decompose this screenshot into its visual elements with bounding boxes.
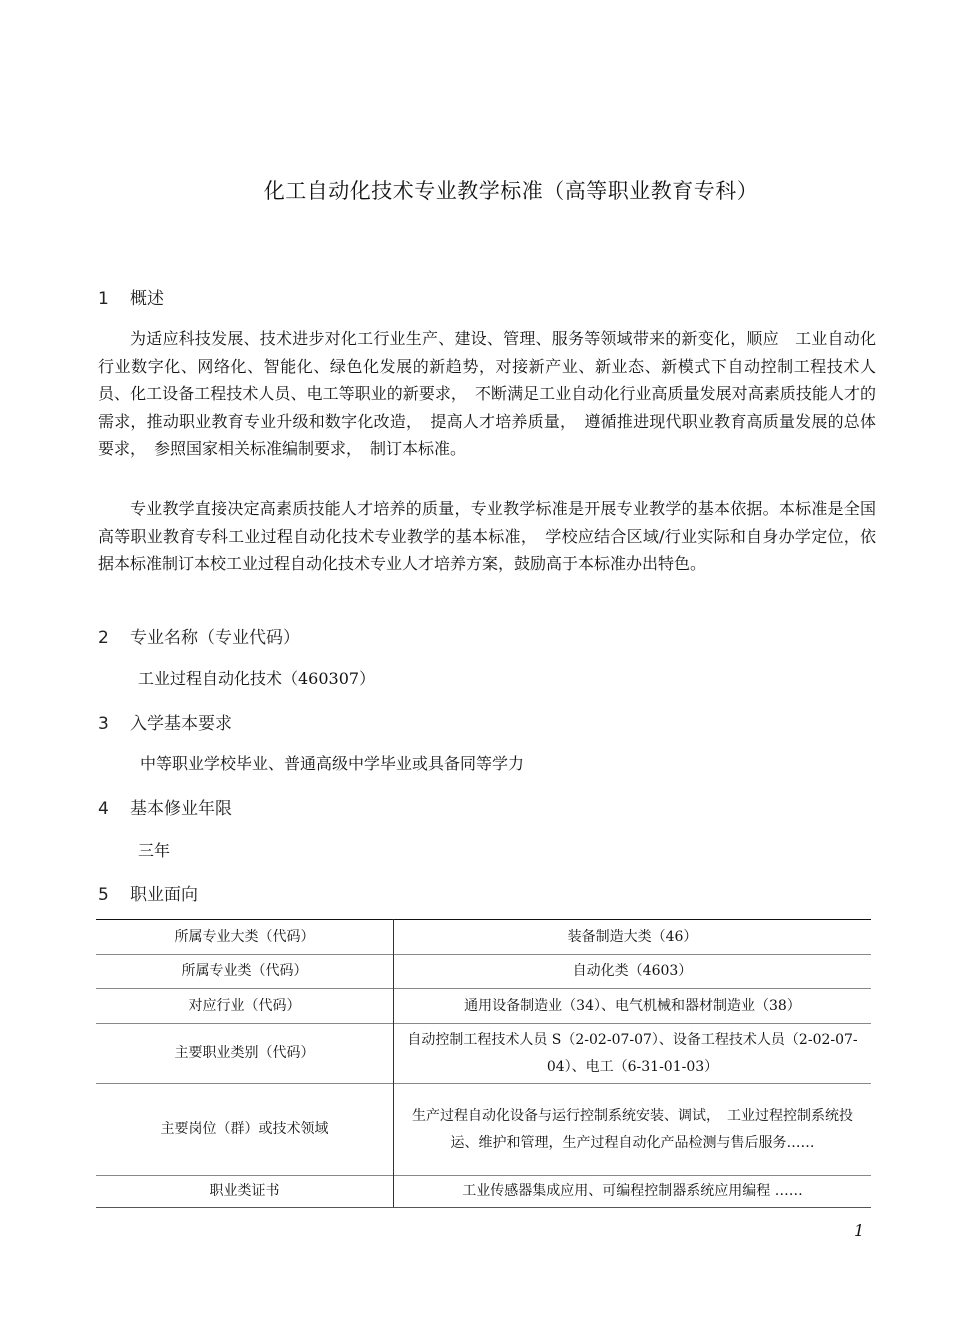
admission-requirement: 中等职业学校毕业、普通高级中学毕业或具备同等学力 xyxy=(140,751,524,774)
section-heading-1: 1概述 xyxy=(98,284,164,309)
table-row: 主要岗位（群）或技术领域 生产过程自动化设备与运行控制系统安装、调试， 工业过程… xyxy=(96,1084,871,1176)
section-number: 5 xyxy=(98,885,130,905)
table-value: 装备制造大类（46） xyxy=(394,920,872,955)
table-value: 通用设备制造业（34）、电气机械和器材制造业（38） xyxy=(394,989,872,1024)
section-heading-3: 3入学基本要求 xyxy=(98,709,232,734)
table-row: 所属专业类（代码） 自动化类（4603） xyxy=(96,955,871,989)
page-number: 1 xyxy=(854,1221,864,1240)
document-title: 化工自动化技术专业教学标准（高等职业教育专科） xyxy=(0,175,962,205)
table-key: 所属专业类（代码） xyxy=(96,955,394,989)
table-key: 所属专业大类（代码） xyxy=(96,920,394,955)
paragraph: 为适应科技发展、技术进步对化工行业生产、建设、管理、服务等领域带来的新变化，顺应… xyxy=(98,325,876,463)
section-title: 基本修业年限 xyxy=(130,799,232,819)
paragraph: 专业教学直接决定高素质技能人才培养的质量，专业教学标准是开展专业教学的基本依据。… xyxy=(98,495,876,578)
section-number: 2 xyxy=(98,628,130,648)
study-duration: 三年 xyxy=(138,838,170,861)
table-value: 工业传感器集成应用、可编程控制器系统应用编程 …… xyxy=(394,1176,872,1208)
section-heading-4: 4基本修业年限 xyxy=(98,794,232,819)
table-row: 主要职业类别（代码） 自动控制工程技术人员 S（2-02-07-07）、设备工程… xyxy=(96,1024,871,1084)
career-orientation-table: 所属专业大类（代码） 装备制造大类（46） 所属专业类（代码） 自动化类（460… xyxy=(96,919,871,1208)
section-heading-5: 5职业面向 xyxy=(98,880,198,905)
table-row: 所属专业大类（代码） 装备制造大类（46） xyxy=(96,920,871,955)
table-key: 职业类证书 xyxy=(96,1176,394,1208)
table-key: 对应行业（代码） xyxy=(96,989,394,1024)
table-row: 职业类证书 工业传感器集成应用、可编程控制器系统应用编程 …… xyxy=(96,1176,871,1208)
table-value: 生产过程自动化设备与运行控制系统安装、调试， 工业过程控制系统投运、维护和管理，… xyxy=(394,1084,872,1176)
table-value: 自动化类（4603） xyxy=(394,955,872,989)
table-key: 主要职业类别（代码） xyxy=(96,1024,394,1084)
table-key: 主要岗位（群）或技术领域 xyxy=(96,1084,394,1176)
section-number: 3 xyxy=(98,714,130,734)
section-title: 入学基本要求 xyxy=(130,714,232,734)
major-name: 工业过程自动化技术（460307） xyxy=(138,666,375,689)
table-row: 对应行业（代码） 通用设备制造业（34）、电气机械和器材制造业（38） xyxy=(96,989,871,1024)
section-title: 专业名称（专业代码） xyxy=(130,628,300,648)
table-value: 自动控制工程技术人员 S（2-02-07-07）、设备工程技术人员（2-02-0… xyxy=(394,1024,872,1084)
section-number: 1 xyxy=(98,289,130,309)
section-number: 4 xyxy=(98,799,130,819)
section-title: 概述 xyxy=(130,289,164,309)
section-title: 职业面向 xyxy=(130,885,198,905)
section-heading-2: 2专业名称（专业代码） xyxy=(98,623,300,648)
